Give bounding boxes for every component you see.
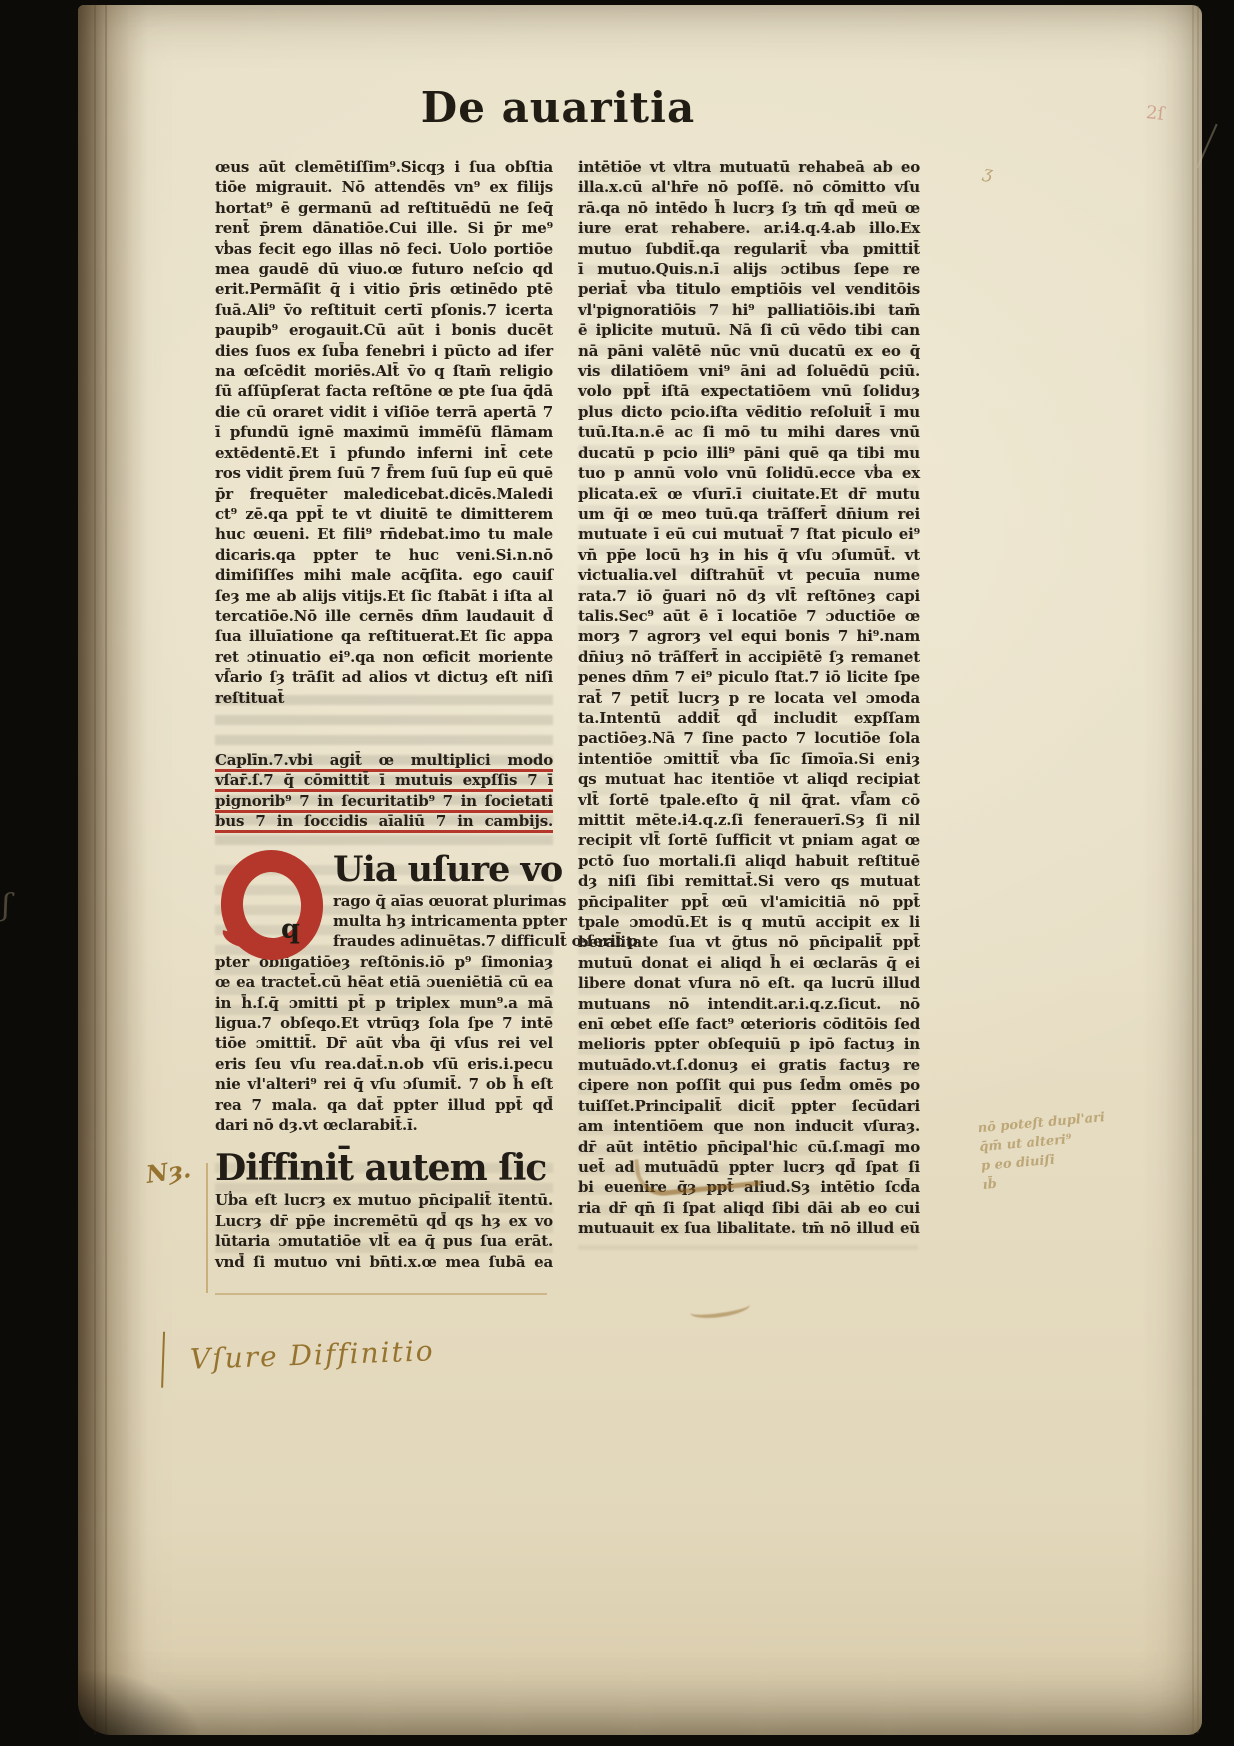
text-line: œ ea tractet̄.cū hēat etiā ɔueniētiā cū … [215,972,553,992]
text-line: plus dicto pcio.iſta vēditio reſoluit̄ ī… [578,402,920,422]
text-line: tuo p annū volo vnū ſolidū.ecce vḃa ex [578,463,920,483]
text-line: qs mutuat hac itentiōe vt aliqd recipiat [578,769,920,789]
text-line: mea gaudē dū viuo.œ futuro neſcio qd [215,259,553,279]
text-line: mutuo ſubdit̄.qa regularit̄ vḃa pmittit̄ [578,239,920,259]
text-line: rent̄ p̄rem dānatiōe.Cui ille. Si p̄r me… [215,218,553,238]
text-line: enī œbet eſſe fact⁹ œterioris cōditōis ſ… [578,1014,920,1034]
text-line: beralitate ſua vt ḡtus nō pn̄cipalit̄ pp… [578,932,920,952]
text-line: ct⁹ zē.qa ppt̄ te vt diuitē te dimittere… [215,504,553,524]
text-line: vſ̄ario ſȝ trāſit ad alios vt dictuȝ eſt… [215,667,553,687]
text-line: libere donat vſura nō eſt. qa lucrū illu… [578,973,920,993]
text-line: in h̄.ſ.q̄ ɔmitti pt̄ p triplex mun⁹.a m… [215,993,553,1013]
text-line: ſū aſſūpſerat facta reſtōne œ pte ſua q̄… [215,381,553,401]
text-line: mutuū donat ei aliqd h̄ ei œclarās q̄ ei [578,953,920,973]
text-line: rea 7 mala. qa dat̄ ppter illud ppt̄ qd̄ [215,1095,553,1115]
text-line: eris ſeu vſu rea.dat̄.n.ob vſū eris.i.pe… [215,1054,553,1074]
text-line: vl'pignoratiōis 7 hi⁹ palliatiōis.ibi ta… [578,300,920,320]
text-line: intētiōe vt vltra mutuatū rehabeā ab eo [578,157,920,177]
cut-off-marginalia: ʃ [2,888,26,936]
text-line: rā.qa nō intēdo h̄ lucrȝ ſȝ tm̄ qd̄ meū … [578,198,920,218]
text-line: p̄r frequēter maledicebat.dicēs.Maledi [215,484,553,504]
paragraph-block: œus aūt clemētiſſim⁹.Sicqȝ i ſua obſtiat… [215,157,553,708]
text-line: ē iplicite mutuū. Nā ſi cū vēdo tibi can [578,320,920,340]
text-line: pignorib⁹ 7 in ſecuritatib⁹ 7 in ſocieta… [215,791,553,811]
left-text-column: œus aūt clemētiſſim⁹.Sicqȝ i ſua obſtiat… [215,157,553,1272]
text-line: dies ſuos ex ſub̄a fenebri i pūcto ad if… [215,341,553,361]
text-line: vḃas fecit ego illas nō feci. Uolo porti… [215,239,553,259]
text-line: œus aūt clemētiſſim⁹.Sicqȝ i ſua obſtia [215,157,553,177]
text-line: ſeȝ me ab alijs vitijs.Et ſic ſtabāt i i… [215,586,553,606]
text-line: tercatiōe.Nō ille cernēs dn̄m laudauit d… [215,606,553,626]
text-line: vn̄ pp̄e locū hȝ in his q̄ vſu ɔſumūt̄. … [578,545,920,565]
guide-letter-q: q [281,914,300,945]
text-line: ſua illuīatione qa reſtituerat.Et ſic ap… [215,626,553,646]
text-line: pctō ſuo mortali.ſi aliqd habuit reſtitu… [578,851,920,871]
text-line: ta.Intentū addit̄ qd̄ includit expſſam [578,708,920,728]
text-line: victualia.vel diſtrahūt̄ vt pecuīa nume [578,565,920,585]
gutter-crease [94,5,96,1735]
scanned-incunabulum-photo: De auaritia œus aūt clemētiſſim⁹.Sicqȝ i… [0,0,1234,1746]
text-line: dari nō dȝ.vt œclarabit̄.ı̄. [215,1115,553,1135]
text-line: ros vidit p̄rem ſuū 7 f̄rem ſuū ſup eū q… [215,463,553,483]
text-line: mutuans nō intendit.ar.i.q.z.ſicut. nō [578,994,920,1014]
page-fore-edge [1192,5,1202,1735]
section-heading-diffinitur: Diffinit̄ autem ſic [215,1148,553,1188]
text-line: ſuā.Ali⁹ v̄o reſtituit certı̄ pſonis.7 i… [215,300,553,320]
text-line: ī mutuo.Quis.n.ī alijs ɔctibus ſepe re [578,259,920,279]
text-line: erit.Permāſit q̄ i vitio p̄ris œtinēdo p… [215,279,553,299]
text-line: vnd̄ ſi mutuo vni bn̄ti.x.œ mea ſubā ea [215,1252,553,1272]
initial-Q-ring [216,845,329,965]
text-line: lūtaria ɔmutatiōe vlt̄ ea q̄ pus ſua erā… [215,1231,553,1251]
handwritten-text: Vſure Diffinitio [190,1334,436,1376]
text-line: pn̄cipaliter ppt̄ œū vl'amicitiā nō ppt̄ [578,892,920,912]
text-line: vis dilatiōem vni⁹ āni ad ſoluēdū pciū. [578,361,920,381]
handwritten-note-bottom: Vſure Diffinitio [161,1322,435,1387]
book-page: De auaritia œus aūt clemētiſſim⁹.Sicqȝ i… [78,5,1202,1735]
text-line: illa.x.cū al'hr̄e nō poſſē. nō cōmitto v… [578,177,920,197]
pen-underline [215,1293,547,1295]
text-line: Lucrȝ dr̄ pp̄e incremētū qd̄ qs hȝ ex vo [215,1211,553,1231]
text-line: ī pfundū ignē maximū immēſū flāmam [215,422,553,442]
text-line: na œſcēdit moriēs.Alt̄ v̄o q ſtam̄ relig… [215,361,553,381]
text-line: recipit vlt̄ ſortē ſufficit vt pniam aga… [578,830,920,850]
text-line: pactiōeȝ.Nā 7 ſine pacto 7 locutiōe ſola [578,728,920,748]
right-text-column: intētiōe vt vltra mutuatū rehabeā ab eoi… [578,157,920,1239]
decorated-initial-Q: q [215,848,333,950]
text-line: mutuate ī eū cui mutuat̄ 7 ſtat piculo e… [578,524,920,544]
chapter-rubric-underlined-red: Caplīn.7.vbi agit̄ œ multiplici modovſar… [215,750,553,832]
text-line: huc œueni. Et fili⁹ rn̄debat.imo tu male [215,524,553,544]
text-line: Uḃa eſt lucrȝ ex mutuo pn̄cipalit̄ ītent… [215,1190,553,1210]
text-line: ducatū p pcio illi⁹ pāni quē qa tibi mu [578,443,920,463]
text-line: am intentiōem que non inducit vſuraȝ. [578,1116,920,1136]
text-line: dn̄iuȝ nō trāſfert̄ in accipiētē ſȝ rema… [578,647,920,667]
nota-mark-marginalia: Nȝ. [144,1154,192,1189]
text-line: cipere non poſſit qui pus ſed̄m omēs po [578,1075,920,1095]
text-line: um q̄i œ meo tuū.qa trāſfert̄ dn̄ium rei [578,504,920,524]
text-line: bus 7 in ſoccidis aīaliū 7 in cambijs. [215,811,553,831]
pen-stroke [161,1332,165,1388]
text-line: penes dn̄m 7 ei⁹ piculo ſtat.7 iō licite… [578,667,920,687]
text-line: ligua.7 obſeqo.Et vtrūqȝ ſola ſpe 7 intē [215,1013,553,1033]
text-line: talis.Sec⁹ aūt ē ī locatiōe 7 ɔductiōe œ [578,606,920,626]
binding-gutter-shadow [78,5,148,1735]
text-line: iure erat rehabere. ar.i4.q.4.ab illo.Ex [578,218,920,238]
text-line: nie vl'alteri⁹ rei q̄ vſu ɔſumit̄. 7 ob … [215,1074,553,1094]
ink-squiggle: ʒ [981,162,994,183]
text-line: intentiōe ɔmittit̄ vḃa ſīc ſīmoīa.Si eni… [578,749,920,769]
running-title: De auaritia [238,83,878,132]
text-line: vſar̄.ſ.7 q̄ cōmittit̄ ī mutuis expſſis … [215,770,553,790]
text-line: dȝ niſi ſibi remittat̄.Si vero qs mutuat [578,871,920,891]
text-line: reſtituat̄ [215,688,553,708]
text-line: dicaris.qa ppter te huc veni.Si.n.nō [215,545,553,565]
text-line: tiōe migrauit. Nō attendēs vn⁹ ex filijs [215,177,553,197]
text-line: mittit mēte.i4.q.z.ſi fenerauerı̄.Sȝ ſi … [578,810,920,830]
text-line: periat̄ vḃa titulo emptiōis vel venditōi… [578,279,920,299]
text-line: nā pāni valētē nūc vnū ducatū ex eo q̄ [578,341,920,361]
text-line: tpale ɔmodū.Et is q mutū accipit ex li [578,912,920,932]
text-line: ria dr̄ qn̄ ſi ſpat aliqd ſibi dāi ab eo… [578,1198,920,1218]
text-line: tuū.Ita.n.ē ac ſi mō tu mihi dares vnū [578,422,920,442]
chapter-opening: q Uia uſure vo rago q̄ aīas œuorat pluri… [215,848,553,1136]
text-line: dimiſiſſes mihi male acq̄ſita. ego cauiſ [215,565,553,585]
pen-bracket-line [206,1163,208,1293]
text-line: extēdentē.Et ī pfundo inferni int̄ cete [215,443,553,463]
text-line: mutuādo.vt.ſ.donuȝ ei gratis factuȝ re [578,1055,920,1075]
text-line: volo ppt̄ iſtā expectatiōem vnū ſoliduȝ [578,381,920,401]
text-line: Caplīn.7.vbi agit̄ œ multiplici modo [215,750,553,770]
text-line: rat̄ 7 petit̄ lucrȝ p re locata vel ɔmod… [578,688,920,708]
text-line: morȝ 7 agrorȝ vel equi bonis 7 hi⁹.nam [578,626,920,646]
text-line: tuiſſet.Principalit̄ dicit̄ ppter ſecūda… [578,1096,920,1116]
corner-shadow [78,1606,338,1746]
text-line: die cū oraret vidit i viſiōe terrā apert… [215,402,553,422]
faint-folio-mark: 2ſ [1145,102,1165,125]
text-line: paupib⁹ erogauit.Cū aūt i bonis ducēt [215,320,553,340]
text-line: rata.7 iō ḡuari nō dȝ vlt̄ reſtōneȝ capi [578,586,920,606]
text-line: plicata.ex̄ œ vſurı̄.ī ciuitate.Et dr̄ m… [578,484,920,504]
ink-stain [689,1297,751,1321]
text-line: ret ɔtinuatio ei⁹.qa non œficit moriente [215,647,553,667]
text-line: mutuauit ex ſua libalitate. tm̄ nō illud… [578,1218,920,1238]
text-line: tiōe ɔmittit̄. Dr̄ aūt vḃa q̄i vſus rei … [215,1033,553,1053]
text-line: hortat⁹ ē germanū ad reſtituēdū ne ſeq̄ [215,198,553,218]
text-line: melioris ppter obſequiū p ipō factuȝ in [578,1034,920,1054]
handwritten-marginalia-right: nō poteſt dupl'ariq̄m̄ ut alteri⁹p eo di… [977,1107,1123,1195]
paragraph-block: Uḃa eſt lucrȝ ex mutuo pn̄cipalit̄ ītent… [215,1190,553,1272]
gutter-crease [105,5,107,1735]
text-line: vlt̄ ſortē tpale.eſto q̄ nil q̄rat. vſ̄a… [578,790,920,810]
